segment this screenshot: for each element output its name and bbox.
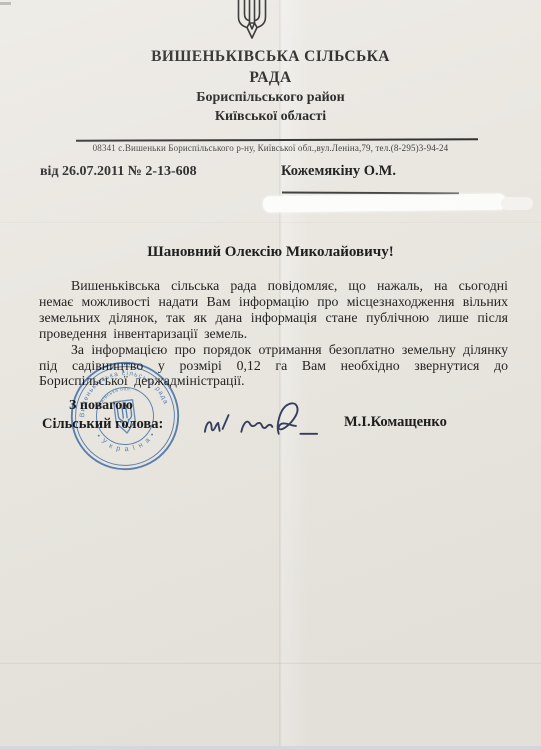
stamp-trident-icon [114, 400, 137, 434]
horizontal-fold-crease-upper [0, 222, 541, 224]
outgoing-number: від 26.07.2011 № 2-13-608 [40, 164, 197, 180]
scan-corner-artifact [0, 2, 11, 5]
redacted-address-whiteout-tail [501, 197, 533, 210]
handwritten-signature [198, 392, 326, 446]
letterhead-address-line: 08341 с.Вишеньки Бориспільського р-ну, К… [0, 143, 541, 153]
addressee-name: Кожемякіну О.М. [281, 163, 396, 180]
stamp-inner-text: Київська обл. [96, 385, 134, 407]
org-district-line: Бориспільського район [0, 88, 541, 107]
org-name-line1: ВИШЕНЬКІВСЬКА СІЛЬСЬКА [0, 46, 541, 67]
scanner-edge-strip [0, 746, 541, 750]
signer-name: М.І.Комащенко [344, 414, 447, 431]
ukraine-trident-icon [235, 0, 269, 41]
scanned-letter-page: ВИШЕНЬКІВСЬКА СІЛЬСЬКА РАДА Бориспільськ… [0, 0, 541, 750]
round-seal-stamp: Вишеньківська сільська рада • У к р а ї … [61, 352, 188, 479]
horizontal-fold-crease-lower [0, 661, 541, 664]
salutation: Шановний Олексію Миколайовичу! [0, 244, 541, 261]
org-name-line2: РАДА [0, 67, 541, 88]
letterhead-org-name: ВИШЕНЬКІВСЬКА СІЛЬСЬКА РАДА Бориспільськ… [0, 46, 541, 126]
redacted-address-whiteout [263, 194, 506, 213]
svg-text:Київська обл.: Київська обл. [96, 385, 134, 407]
letterhead-divider-rule [76, 138, 478, 141]
org-region-line: Київської області [0, 107, 541, 126]
body-paragraph-1: Вишеньківська сільська рада повідомляє, … [39, 278, 508, 342]
